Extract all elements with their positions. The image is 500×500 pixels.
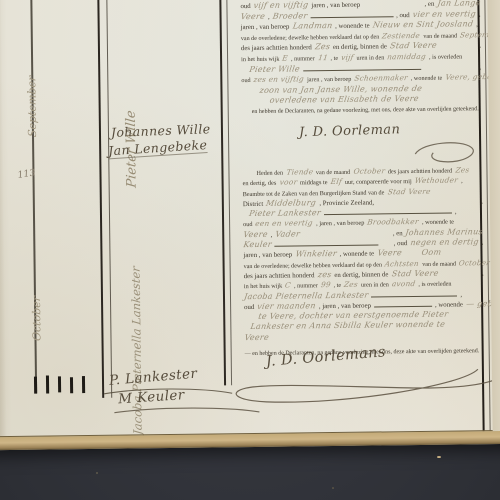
- printed-text: ,: [479, 42, 481, 53]
- handwritten-text: zes en vijftig: [253, 75, 305, 86]
- handwritten-text: 11: [317, 53, 328, 64]
- printed-text: , en: [393, 229, 403, 239]
- handwritten-text: Achtsten: [384, 259, 420, 270]
- binding-gutter-shadow: [0, 0, 7, 450]
- handwritten-text: vijf: [340, 53, 354, 64]
- handwritten-text: avond: [391, 279, 416, 290]
- handwritten-text: Jan Lange: [437, 0, 482, 9]
- handwritten-text: voor: [279, 178, 298, 189]
- rule-end-mark: [58, 376, 61, 392]
- act2-text-block: Heden denTiendevan de maandOctoberdes ja…: [242, 165, 484, 359]
- printed-text: en dertig, binnen de: [334, 270, 388, 281]
- printed-text: jaren , van beroep: [243, 251, 292, 262]
- handwritten-text: namiddag: [387, 52, 427, 63]
- handwritten-text: vijf en vijftig: [253, 0, 309, 11]
- rule-end-mark: [82, 376, 85, 393]
- spacer: [303, 235, 390, 236]
- blank-rule: [303, 62, 421, 70]
- blank-rule: [310, 10, 393, 18]
- handwritten-text: Wethouder: [414, 176, 459, 187]
- spacer: [424, 69, 477, 70]
- handwritten-text: Veere: [240, 11, 266, 22]
- printed-text: , jaren , van beroep: [316, 219, 364, 230]
- handwritten-text: October: [458, 258, 491, 269]
- handwritten-text: C: [284, 281, 291, 291]
- rule-end-mark: [70, 377, 73, 393]
- handwritten-text: Elf: [330, 177, 343, 187]
- rule-end-mark: [46, 375, 49, 393]
- handwritten-text: negen en dertig: [410, 237, 480, 248]
- handwritten-text: Stad Veere: [387, 186, 431, 197]
- printed-text: oud: [244, 303, 254, 313]
- handwritten-text: Landman: [292, 21, 333, 32]
- handwritten-text: Zes: [343, 280, 358, 290]
- printed-text: ,: [481, 197, 483, 207]
- rule-end-mark: [34, 377, 37, 394]
- blank-rule: [371, 289, 457, 297]
- handwritten-text: Zes: [455, 165, 470, 175]
- printed-text: Heden den: [256, 169, 283, 180]
- margin-rule: [106, 0, 112, 398]
- spacer: [377, 203, 478, 204]
- printed-text: ,: [482, 269, 484, 279]
- handwritten-text: Jacoba Pieternella Lankester: [243, 290, 369, 302]
- dust-speck: [437, 456, 441, 458]
- handwritten-text: zes: [317, 270, 332, 280]
- handwritten-text: Veere: [376, 249, 402, 260]
- handwritten-text: Zes: [314, 42, 331, 53]
- margin-rule: [226, 0, 232, 385]
- handwritten-text: E: [282, 54, 289, 65]
- printed-text: ,: [455, 208, 457, 218]
- handwritten-text: Keuler: [243, 240, 273, 251]
- printed-text: ,: [479, 10, 481, 21]
- handwritten-text: Broeder: [272, 11, 308, 22]
- handwritten-text: Tiende: [285, 167, 313, 178]
- handwritten-text: Winkelier: [294, 249, 337, 260]
- handwritten-text: Stad Veere: [391, 269, 439, 280]
- spacer: [363, 6, 421, 7]
- printed-text: jaren , van beroep: [241, 23, 290, 34]
- dust-speck: [332, 487, 334, 489]
- handwritten-text: een en veertig: [255, 219, 314, 230]
- blank-rule: [374, 300, 432, 308]
- document-page: September October Pieter Wille Jacoba Pi…: [0, 0, 500, 450]
- blank-rule: [324, 207, 452, 216]
- margin-rule: [219, 0, 226, 385]
- signature-flourish: [226, 363, 500, 424]
- handwritten-text: October: [352, 166, 385, 177]
- printed-text: ,: [482, 238, 484, 248]
- printed-text: ,: [460, 290, 462, 300]
- printed-text: ,: [268, 12, 270, 23]
- handwritten-text: Stad Veere: [389, 41, 437, 52]
- handwritten-text: Oom: [421, 248, 442, 259]
- printed-text: middags te: [300, 178, 328, 189]
- margin-rule: [97, 0, 104, 398]
- handwritten-text: Nieuw en Sint Joosland: [372, 19, 474, 31]
- dust-speck: [96, 472, 98, 474]
- photo-background: September October Pieter Wille Jacoba Pi…: [0, 0, 500, 500]
- printed-text: en dertig, des: [243, 179, 277, 190]
- page-stack-edge: [0, 430, 500, 451]
- handwritten-text: Broodbakker: [367, 217, 420, 228]
- act1-text-block: oudvijf en vijftigjaren , van beroep, en…: [240, 0, 481, 118]
- printed-text: ,: [461, 177, 463, 187]
- printed-text: , is overleden: [429, 52, 462, 63]
- printed-text: oud: [241, 76, 250, 87]
- handwritten-text: Vader: [275, 229, 301, 240]
- handwritten-text: 99: [320, 280, 331, 290]
- handwritten-text: Veere: [244, 333, 270, 344]
- handwritten-text: Schoenmaker: [354, 73, 409, 84]
- handwritten-text: Veere: [242, 230, 268, 241]
- margin-month-top: September: [25, 75, 39, 137]
- printed-text: , wonende te: [335, 22, 370, 33]
- margin-month-bottom: October: [30, 295, 44, 341]
- act1-declarant2-signature: Jan Lengebeke: [108, 137, 208, 159]
- printed-text: , wonende te: [340, 250, 375, 261]
- act1-official-signature: J. D. Oorleman: [299, 122, 401, 140]
